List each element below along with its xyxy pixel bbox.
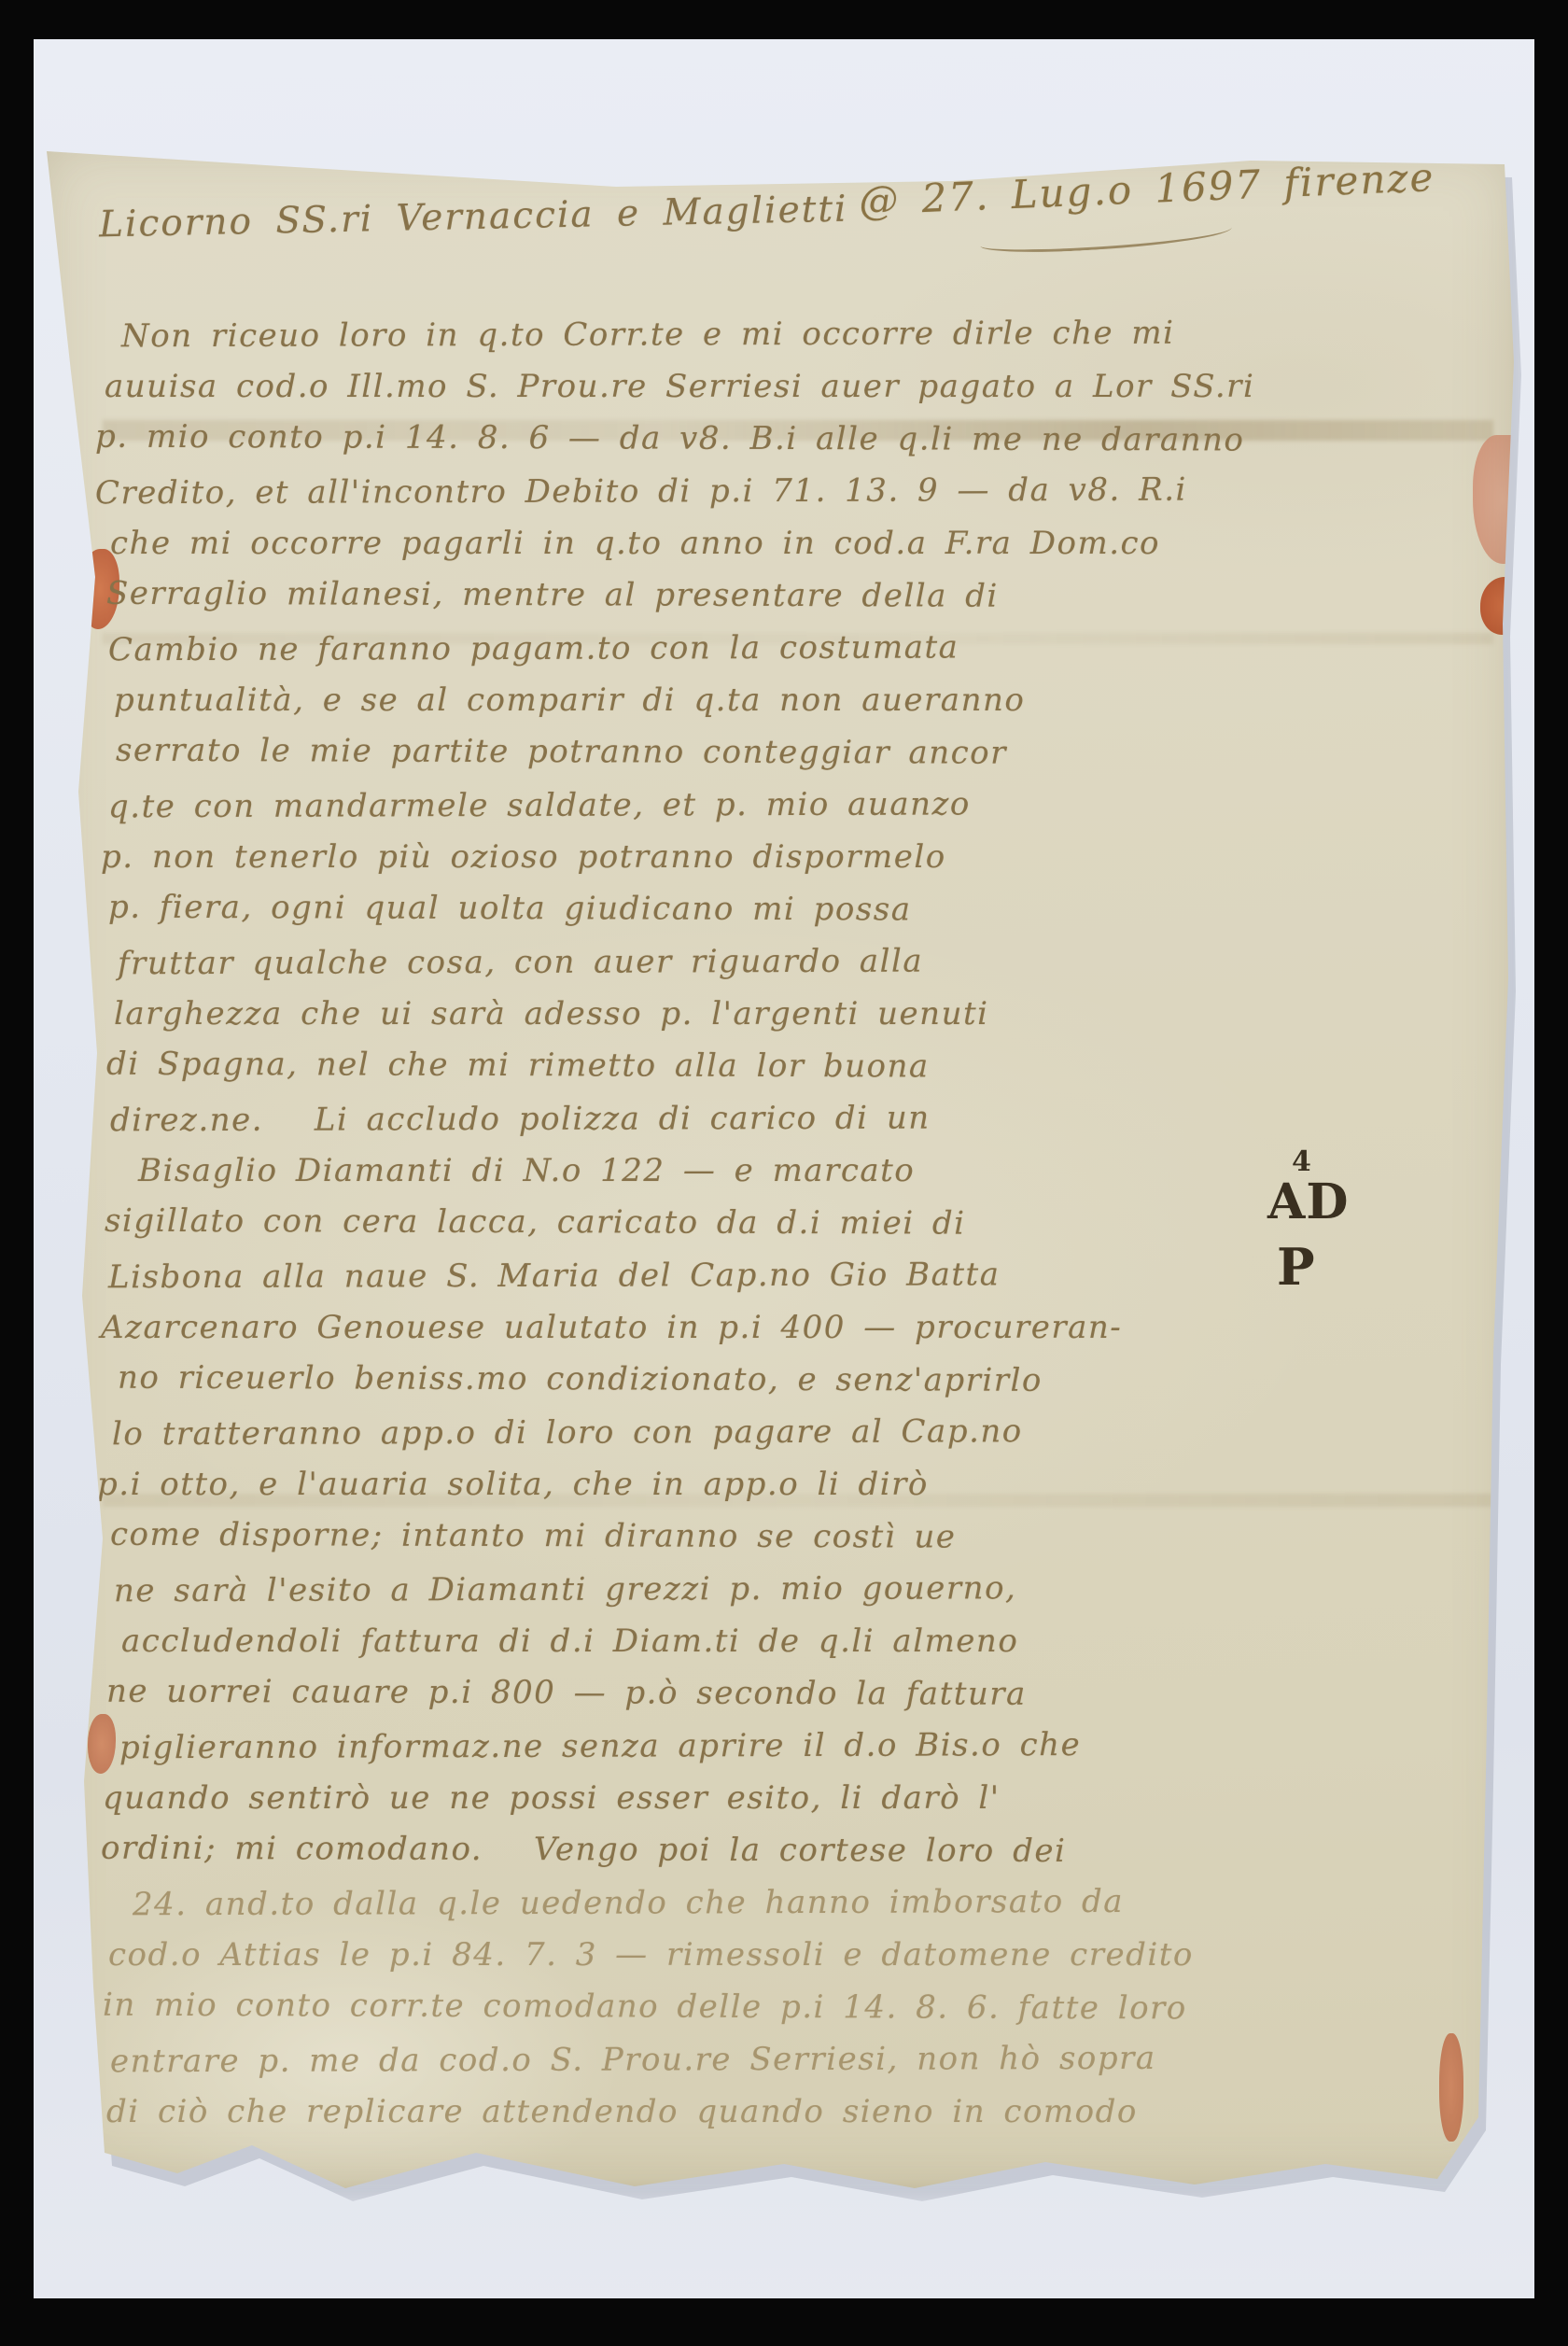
handwriting-line: lo tratteranno app.o di loro con pagare … [112, 1404, 1467, 1461]
handwriting-line: p. fiera, ogni qual uolta giudicano mi p… [108, 881, 1467, 938]
letter-paper: Licorno SS.ri Vernaccia e Maglietti @ 27… [37, 138, 1521, 2192]
handwriting-line: accludendoli fattura di d.i Diam.ti de q… [121, 1615, 1467, 1667]
merchant-mark-letters-ad: AD [1267, 1178, 1379, 1227]
handwriting-line: cod.o Attias le p.i 84. 7. 3 — rimessoli… [108, 1929, 1467, 1981]
merchant-mark-top-glyph: 4 [1292, 1148, 1379, 1176]
handwriting-line: q.te con mandarmele saldate, et p. mio a… [108, 777, 1467, 834]
photo-frame: { "photo": { "frame_color": "#070707", "… [0, 0, 1568, 2346]
handwriting-line: direz.ne. Li accludo polizza di carico d… [110, 1090, 1467, 1147]
handwriting-line: in mio conto corr.te comodano delle p.i … [103, 1979, 1467, 2036]
handwriting-line: quando sentirò ue ne possi esser esito, … [103, 1772, 1467, 1824]
handwriting-line: Azarcenaro Genouese ualutato in p.i 400 … [101, 1301, 1467, 1354]
handwriting-line: piglieranno informaz.ne senza aprire il … [119, 1718, 1467, 1775]
handwriting-line: Cambio ne faranno pagam.to con la costum… [108, 620, 1467, 677]
handwriting-line: 24. and.to dalla q.le uedendo che hanno … [133, 1875, 1467, 1931]
handwriting-line: di Spagna, nel che mi rimetto alla lor b… [106, 1038, 1467, 1095]
handwriting-line: fruttar qualche cosa, con auer riguardo … [118, 934, 1467, 990]
handwriting-line: no riceuerlo beniss.mo condizionato, e s… [118, 1352, 1467, 1409]
handwriting-line: p.i otto, e l'auaria solita, che in app.… [97, 1458, 1467, 1510]
handwriting-line: auuisa cod.o Ill.mo S. Prou.re Serriesi … [105, 360, 1467, 413]
handwriting-line: larghezza che ui sarà adesso p. l'argent… [114, 988, 1467, 1040]
place-addressee-line: Licorno SS.ri Vernaccia e Maglietti [99, 189, 848, 246]
date-underline-flourish [979, 218, 1232, 256]
handwriting-line: Serraglio milanesi, mentre al presentare… [106, 568, 1467, 625]
handwriting-line: puntualità, e se al comparir di q.ta non… [114, 674, 1467, 726]
handwriting-line: serrato le mie partite potranno conteggi… [116, 724, 1467, 781]
handwriting-line: ordini; mi comodano. Vengo poi la cortes… [101, 1822, 1467, 1879]
merchant-mark-adp: 4 AD P [1267, 1148, 1379, 1292]
handwriting-line: ne uorrei cauare p.i 800 — p.ò secondo l… [106, 1665, 1467, 1722]
handwriting-line: che mi occorre pagarli in q.to anno in c… [110, 517, 1467, 569]
handwriting-line: come disporne; intanto mi diranno se cos… [110, 1509, 1467, 1566]
handwriting-line: Non riceuo loro in q.to Corr.te e mi occ… [121, 306, 1467, 363]
handwriting-line: ne sarà l'esito a Diamanti grezzi p. mio… [114, 1561, 1467, 1618]
handwriting-line: Credito, et all'incontro Debito di p.i 7… [95, 463, 1467, 520]
handwriting-line: entrare p. me da cod.o S. Prou.re Serrie… [110, 2031, 1467, 2088]
handwriting-line: di ciò che replicare attendendo quando s… [106, 2086, 1467, 2138]
letter-body: Non riceuo loro in q.to Corr.te e mi occ… [95, 308, 1467, 2138]
handwriting-line: Lisbona alla naue S. Maria del Cap.no Gi… [108, 1247, 1467, 1304]
handwriting-line: sigillato con cera lacca, caricato da d.… [105, 1195, 1467, 1252]
handwriting-line: p. mio conto p.i 14. 8. 6 — da v8. B.i a… [95, 411, 1467, 468]
merchant-mark-letter-p: P [1277, 1242, 1379, 1292]
handwriting-line: p. non tenerlo più ozioso potranno dispo… [101, 831, 1467, 883]
